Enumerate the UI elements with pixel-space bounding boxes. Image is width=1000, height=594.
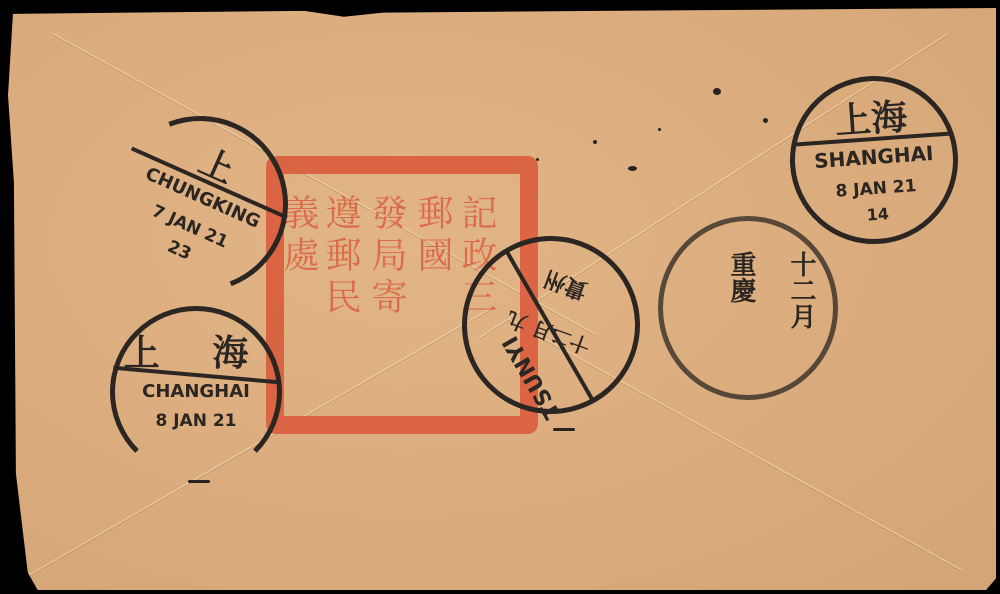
chop-column: 郵國 bbox=[407, 194, 458, 278]
ink-speck bbox=[593, 140, 597, 144]
ink-speck bbox=[628, 166, 637, 171]
postmark-time: 14 bbox=[798, 199, 957, 229]
postmark-date: 8 JAN 21 bbox=[797, 173, 956, 204]
postmark-chinese-left: 重慶 bbox=[723, 251, 760, 303]
ink-speck bbox=[763, 118, 768, 123]
ink-speck bbox=[713, 88, 721, 95]
postmark-latin: CHANGHAI bbox=[115, 381, 277, 402]
postmark-shanghai-bottom-left: 上 海 CHANGHAI 8 JAN 21 bbox=[110, 306, 282, 478]
ink-speck bbox=[658, 128, 661, 131]
ink-speck bbox=[188, 480, 210, 483]
postmark-chinese-right: 十二月 bbox=[783, 251, 820, 329]
postmark-shanghai-top-right: 上海 SHANGHAI 8 JAN 21 14 bbox=[784, 70, 963, 249]
postmark-chinese-date-right: 重慶 十二月 bbox=[658, 216, 838, 400]
postmark-date: 8 JAN 21 bbox=[115, 411, 277, 431]
envelope-back: 記政三 郵國 發局寄 遵郵民 義處 上海 SHANGHAI 8 JAN 21 1… bbox=[8, 8, 996, 590]
chop-column: 發局寄 bbox=[361, 194, 412, 320]
